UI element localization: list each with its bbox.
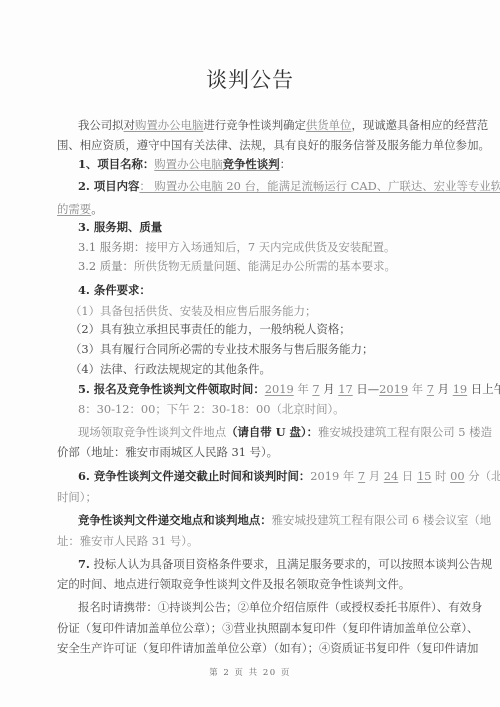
date-text: 月 (434, 382, 453, 396)
section-3-item-text: 接甲方入场通知后，7 天内完成供货及安装配置。 (145, 240, 395, 254)
section-6-place-address: 址：雅安市人民路 31 号）。 (57, 534, 447, 548)
condition-item: （1）具备包括供货、安装及相应售后服务能力； (70, 304, 460, 318)
intro-line-2: 围、相应资质，遵守中国有关法律、法规，具有良好的服务信誉及服务能力单位参加。 (57, 138, 447, 152)
section-3-item-label: 3.1 服务期： (78, 240, 145, 254)
date-text: 日— (353, 382, 379, 396)
section-1-project-name: 1、项目名称：购置办公电脑竞争性谈判： (78, 157, 468, 171)
intro-underlined: 对 (124, 118, 135, 132)
condition-item: （2）具有独立承担民事责任的能力，一般纳税人资格； (70, 322, 460, 336)
bring-documents-line-1: 报名时请携带：①持谈判公告；②单位介绍信原件（或授权委托书原件）、有效身 (78, 600, 468, 614)
section-1-label: 1、项目名称： (78, 157, 154, 171)
date-text: 年 (294, 382, 313, 396)
intro-text: 我公司拟 (78, 118, 124, 132)
date-year: 2019 (265, 382, 294, 396)
condition-item: （3）具有履行合同所必需的专业技术服务与售后服务能力； (70, 342, 460, 356)
date-day: 19 (453, 382, 468, 396)
date-day: 24 (384, 469, 399, 483)
intro-filled-project: 购置办公电脑 (135, 118, 203, 132)
section-2-value: ： 购置办公电脑 20 台，能满足流畅运行 CAD、广联达、宏业等专业软件 (139, 179, 500, 193)
date-month: 7 (312, 382, 319, 396)
date-text: 年 (408, 382, 427, 396)
page-number: 第 2 页 共 20 页 (0, 666, 500, 678)
date-text: 日 (398, 469, 417, 483)
section-5-registration-time: 5. 报名及竞争性谈判文件领取时间：2019 年 7 月 17 日—2019 年… (78, 382, 468, 396)
date-text: 日上午 (467, 382, 500, 396)
date-text: 分（北京 (465, 469, 500, 483)
pickup-value: 雅安城投建筑工程有限公司 5 楼造 (318, 425, 492, 439)
section-6-place-label: 竞争性谈判文件递交地点和谈判地点： (78, 513, 272, 527)
section-2-suffix: 。 (91, 202, 102, 216)
section-5-time-range: 8：30-12：00；下午 2：30-18：00（北京时间）。 (78, 402, 468, 416)
date-text: 月 (365, 469, 384, 483)
section-3-item: 3.1 服务期：接甲方入场通知后，7 天内完成供货及安装配置。 (78, 240, 468, 254)
intro-text: 进行竞争性谈判确定 (203, 118, 306, 132)
section-2-label: 2. 项目内容 (78, 179, 139, 193)
section-6-label: 6. 竞争性谈判文件递交截止时间和谈判时间： (78, 469, 310, 483)
intro-filled-supplier: 供货单位 (306, 118, 352, 132)
pickup-note: （请自带 U 盘）： (226, 425, 318, 439)
time-hour: 15 (417, 469, 432, 483)
section-3-item: 3.2 质量：所供货物无质量问题、能满足办公所需的基本要求。 (78, 259, 468, 273)
bring-documents-line-2: 份证（复印件请加盖单位公章）；③营业执照副本复印件（复印件请加盖单位公章）、 (57, 621, 447, 635)
date-text: 时 (431, 469, 450, 483)
section-2-project-content: 2. 项目内容： 购置办公电脑 20 台，能满足流畅运行 CAD、广联达、宏业等… (78, 179, 468, 193)
section-5-label: 5. 报名及竞争性谈判文件领取时间： (78, 382, 265, 396)
section-5-pickup-location: 现场领取竞争性谈判文件地点（请自带 U 盘）：雅安城投建筑工程有限公司 5 楼造 (78, 425, 468, 439)
bring-documents-line-3: 安全生产许可证（复印件请加盖单位公章）（如有）；④资质证书复印件（复印件请加 (57, 641, 447, 655)
section-4-heading: 4. 条件要求： (78, 283, 468, 297)
section-3-heading: 3. 服务期、质量 (78, 220, 468, 234)
page-title: 谈判公告 (0, 64, 500, 94)
condition-item: （4）法律、行政法规规定的其他条件。 (70, 362, 460, 376)
time-minute: 00 (450, 469, 465, 483)
intro-line-1: 我公司拟对购置办公电脑进行竞争性谈判确定供货单位，现诚邀具备相应的经营范 (78, 118, 468, 132)
date-text: 2019 年 (310, 469, 358, 483)
document-page: 谈判公告 我公司拟对购置办公电脑进行竞争性谈判确定供货单位，现诚邀具备相应的经营… (0, 0, 500, 707)
pickup-label: 现场领取竞争性谈判文件地点 (78, 425, 226, 439)
section-6-place-value: 雅安城投建筑工程有限公司 6 楼会议室（地 (272, 513, 492, 527)
section-6-place: 竞争性谈判文件递交地点和谈判地点：雅安城投建筑工程有限公司 6 楼会议室（地 (78, 513, 468, 527)
section-6-deadline: 6. 竞争性谈判文件递交截止时间和谈判时间：2019 年 7 月 24 日 15… (78, 469, 468, 483)
date-year: 2019 (379, 382, 408, 396)
intro-text: ，现诚邀具备相应的经营范 (351, 118, 488, 132)
date-day: 17 (338, 382, 353, 396)
date-month: 7 (427, 382, 434, 396)
section-1-value-filled: 购置办公电脑 (154, 157, 222, 171)
section-3-item-label: 3.2 质量： (78, 259, 134, 273)
section-7-qualification-cont: 定的时间、地点进行领取竞争性谈判文件及报名领取竞争性谈判文件。 (57, 577, 447, 591)
date-text: 月 (320, 382, 339, 396)
section-7-text: 投标人认为具备项目资格条件要求，且满足服务要求的，可以按照本谈判公告规 (90, 557, 492, 571)
section-7-label: 7. (78, 557, 90, 571)
section-3-item-text: 所供货物无质量问题、能满足办公所需的基本要求。 (134, 259, 396, 273)
section-2-value-cont: 的需要 (57, 202, 91, 216)
section-7-qualification: 7. 投标人认为具备项目资格条件要求，且满足服务要求的，可以按照本谈判公告规 (78, 557, 468, 571)
section-1-value: 竞争性谈判 (223, 157, 280, 171)
section-6-deadline-cont: 时间）； (57, 490, 447, 504)
section-5-pickup-address: 价部（地址：雅安市雨城区人民路 31 号）。 (57, 445, 447, 459)
section-1-suffix: ： (280, 157, 291, 171)
section-2-project-content-cont: 的需要。 (57, 202, 447, 216)
